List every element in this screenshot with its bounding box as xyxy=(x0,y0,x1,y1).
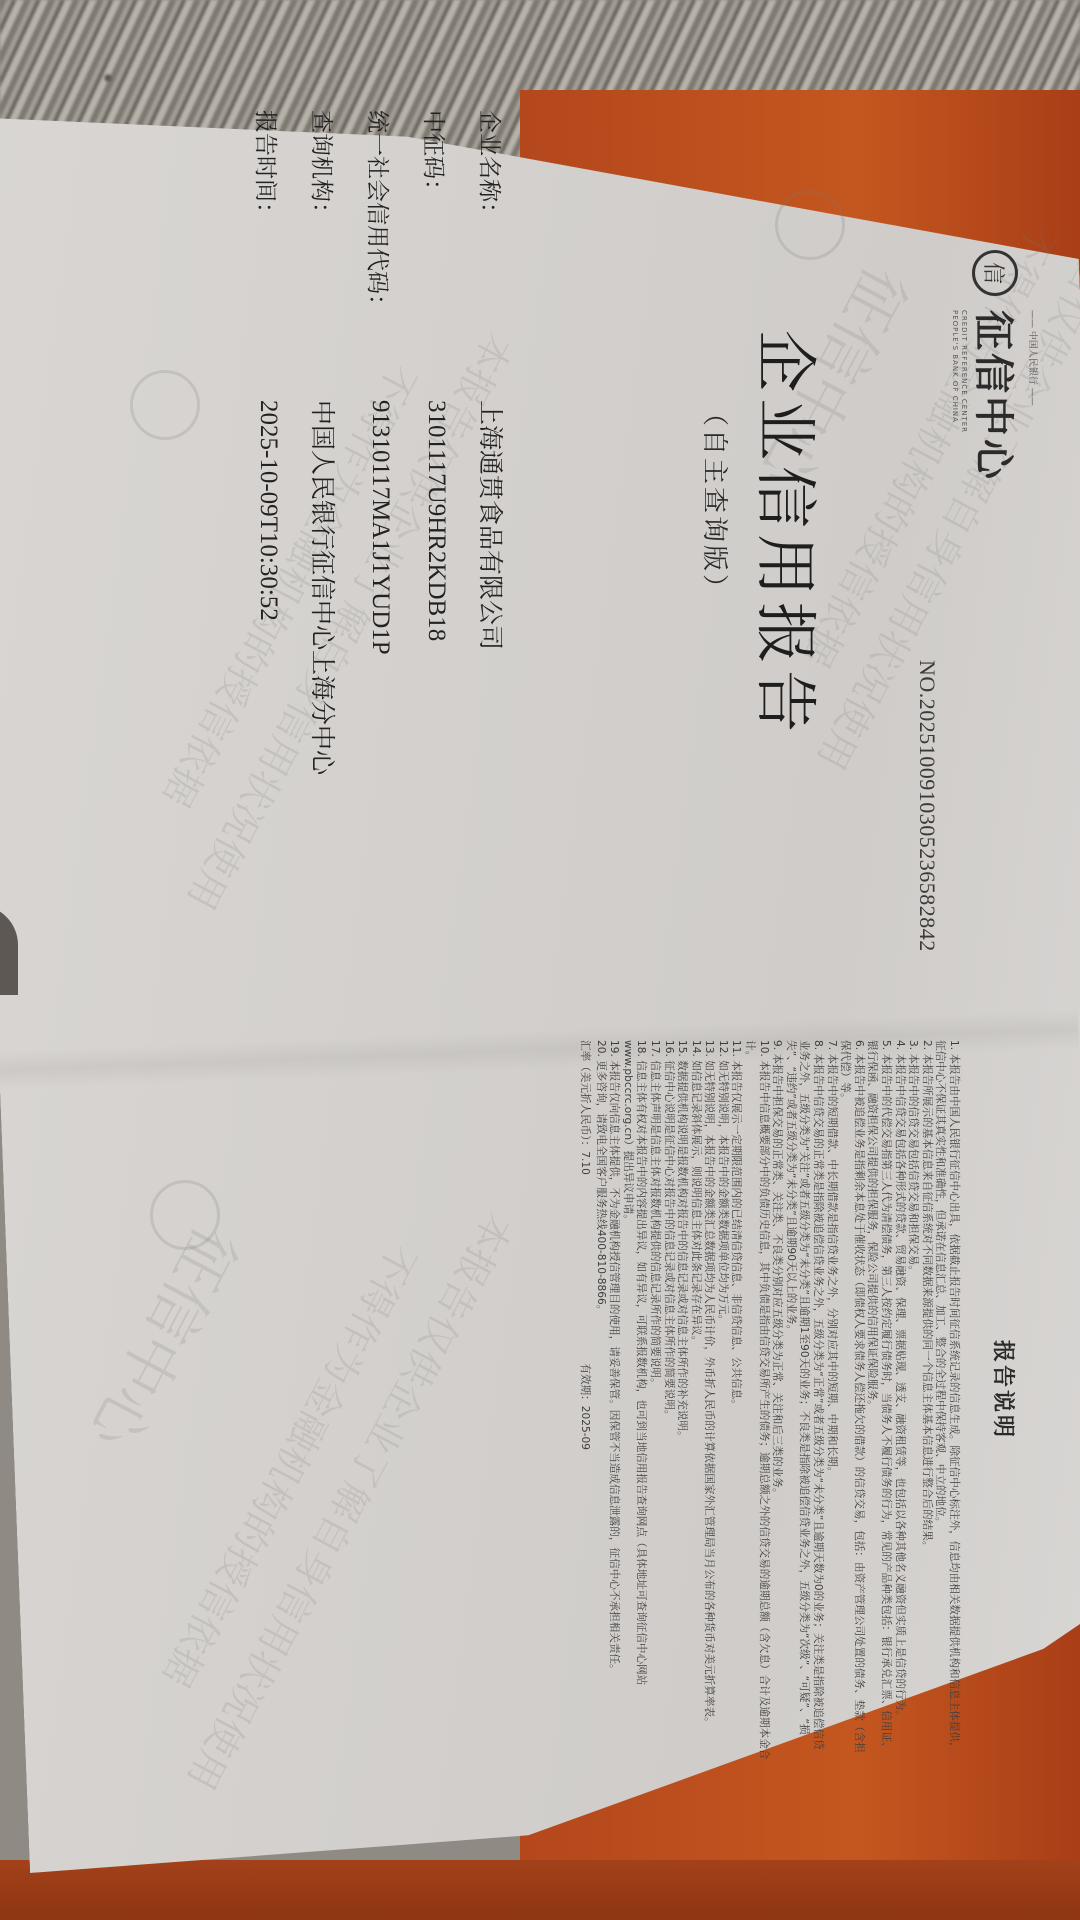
watermark-seal-icon xyxy=(775,190,845,260)
field-credit-code: 统一社会信用代码： 91310117MA1J1YUD1P xyxy=(352,110,408,1010)
report-notes: 1. 本报告由中国人民银行征信中心出具，依据截止报告时间征信系统记录的信息生成。… xyxy=(577,1040,960,1760)
note-item: 19. 本报告仅向信息主体提供，不为金融机构授信管理目的使用，请妥善保管。因保管… xyxy=(607,1040,621,1760)
credit-center-seal-icon: 信 xyxy=(972,250,1018,296)
report-number: NO.2025100910305236582842 xyxy=(914,660,940,952)
watermark-seal-icon xyxy=(150,1180,220,1250)
note-item: 1. 本报告由中国人民银行征信中心出具，依据截止报告时间征信系统记录的信息生成。… xyxy=(933,1040,960,1760)
note-item: 16. 征信中心说明是征信中心对报告中的信息记录或对信息主体所作的简要说明。 xyxy=(661,1040,675,1760)
note-item: 12. 如无特别说明，本报告中的金额类数据项单位均为万元。 xyxy=(715,1040,729,1760)
field-value: 2025-10-09T10:30:52 xyxy=(254,400,282,621)
note-item: 8. 本报告中信贷交易的正常类是指除被追偿信贷业务之外，五级分类为“正常”或者五… xyxy=(783,1040,824,1760)
logo-english-line1: CREDIT REFERENCE CENTER xyxy=(959,310,968,482)
document-content: 本报告仅供企业了解自身信用状况使用 不得作为金融机构的授信依据 本报告仅供企业了… xyxy=(0,0,1080,1920)
field-value: 3101117U9HR2KDB18 xyxy=(422,400,450,641)
note-item: 5. 本报告中的代偿交易指第三人代为清偿债务，第三人按约定履行债务时，当债务人不… xyxy=(865,1040,892,1760)
field-value: 中国人民银行征信中心上海分中心 xyxy=(306,400,342,775)
note-item: 6. 本报告中被追偿业务是指剩余本息处于催收状态（即债权人要求债务人偿还拖欠的借… xyxy=(838,1040,865,1760)
report-subtitle: （自主查询版） xyxy=(698,400,735,603)
field-query-institution: 查询机构： 中国人民银行征信中心上海分中心 xyxy=(296,110,352,1010)
valid-period: 有效期：2025-09 xyxy=(577,1363,591,1450)
note-item: 7. 本报告中的短期借款、中长期借款是指信贷业务之外，分别对应其中的短期、中期和… xyxy=(824,1040,838,1760)
report-title: 企业信用报告 xyxy=(746,330,835,738)
note-item: 14. 如信息记录斜体展示，则说明信息主体对此条记录存在异议。 xyxy=(688,1040,702,1760)
field-zhongzheng-code: 中征码： 3101117U9HR2KDB18 xyxy=(408,110,464,1010)
notes-footer: 汇率（美元折人民币）：7.10 有效期：2025-09 xyxy=(577,1040,591,1450)
note-item: 10. 本报告中信息概要部分中的负债历史信息，其中负债是指由信贷交易所产生的债务… xyxy=(743,1040,770,1760)
exchange-rate: 汇率（美元折人民币）：7.10 xyxy=(577,1040,591,1175)
field-label: 报告时间： xyxy=(252,110,285,400)
note-item: 18. 信息主体有权对本报告中的内容提出异议，如有异议，可联系报数机构，也可到当… xyxy=(620,1040,647,1760)
note-item: 2. 本报告所展示的基本信息来自征信系统对不同数据来源提供的同一个信息主体基本信… xyxy=(919,1040,933,1760)
field-label: 统一社会信用代码： xyxy=(364,110,397,400)
watermark-seal-text: 征信中心 xyxy=(73,1214,262,1466)
note-item: 15. 数据提供机构说明是报数机构对报告中的信息记录或对信息主体所作的补充说明。 xyxy=(675,1040,689,1760)
logo-slogan: —— 中国人民银行 —— xyxy=(1027,310,1040,482)
field-label: 查询机构： xyxy=(308,110,341,400)
field-company-name: 企业名称： 上海通贯食品有限公司 xyxy=(464,110,520,1010)
note-item: 17. 信息主体声明是信息主体对报数机构提供的信息记录所作的简要说明。 xyxy=(647,1040,661,1760)
note-item: 9. 本报告中担保交易的正常类、关注类、不良类分别对应五级分类为正常、关注和后三… xyxy=(770,1040,784,1760)
field-value: 上海通贯食品有限公司 xyxy=(474,400,510,650)
field-label: 中征码： xyxy=(420,110,453,400)
logo-english-line2: PEOPLE'S BANK OF CHINA xyxy=(950,310,959,482)
note-item: 20. 更多咨询，请致电全国客户服务热线400-810-8866。 xyxy=(593,1040,607,1760)
field-report-time: 报告时间： 2025-10-09T10:30:52 xyxy=(240,110,296,1010)
note-item: 13. 如无特别说明，本报告中的金额类汇总数据项均为人民币计价，外币折人民币的计… xyxy=(702,1040,716,1760)
field-label: 企业名称： xyxy=(476,110,509,400)
note-item: 11. 本报告仅展示一定期限范围内的已结清信贷信息、非信贷信息、公共信息。 xyxy=(729,1040,743,1760)
note-item: 3. 本报告中的信贷交易包括信贷交易和担保交易。 xyxy=(906,1040,920,1760)
report-info-fields: 企业名称： 上海通贯食品有限公司 中征码： 3101117U9HR2KDB18 … xyxy=(240,110,520,1010)
note-item: 4. 本报告中信贷交易包括各种形式的贷款、贸易融资、保理、票据贴现、透支、融资租… xyxy=(892,1040,906,1760)
logo-name: 征信中心 xyxy=(968,310,1025,482)
field-value: 91310117MA1J1YUD1P xyxy=(366,400,394,655)
notes-title: 报告说明 xyxy=(989,1340,1020,1440)
watermark-seal-icon xyxy=(130,370,200,440)
credit-center-logo: 信 —— 中国人民银行 —— 征信中心 CREDIT REFERENCE CEN… xyxy=(950,250,1040,482)
